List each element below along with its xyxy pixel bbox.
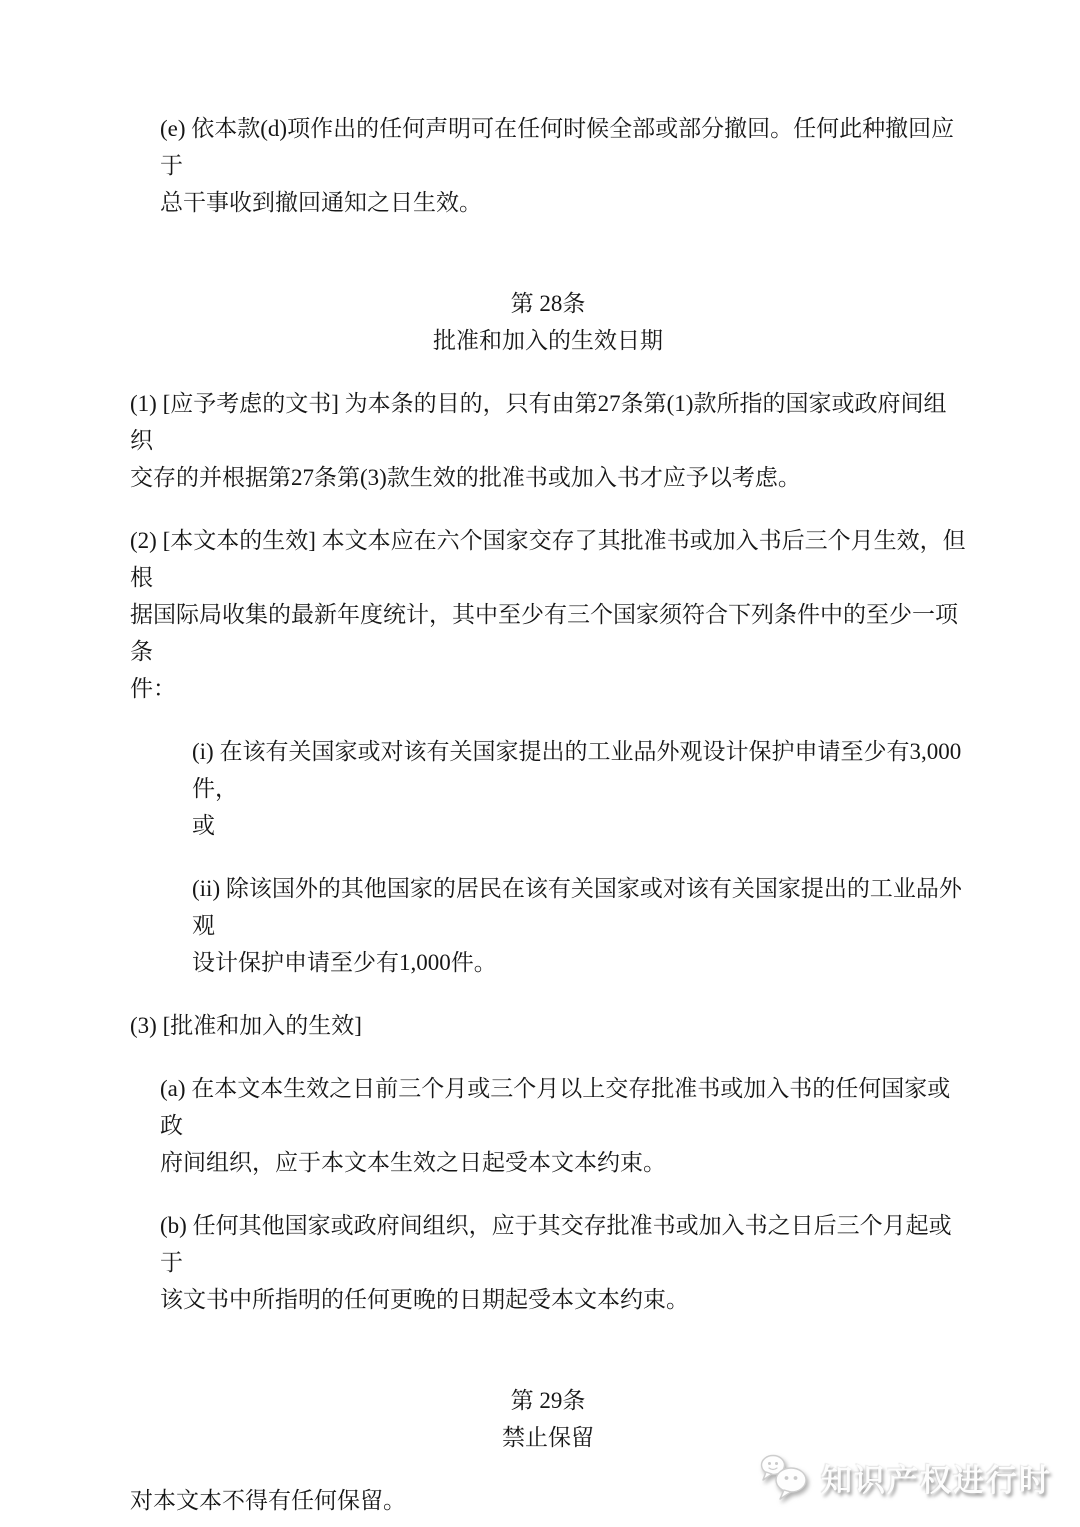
article-28-paragraph-3b: (b) 任何其他国家或政府间组织，应于其交存批准书或加入书之日后三个月起或于 该… bbox=[160, 1207, 966, 1318]
article-28-item-ii: (ii) 除该国外的其他国家的居民在该有关国家或对该有关国家提出的工业品外观 设… bbox=[192, 870, 966, 981]
document-page: (e) 依本款(d)项作出的任何声明可在任何时候全部或部分撤回。任何此种撤回应于… bbox=[0, 0, 1080, 1527]
wechat-icon bbox=[759, 1453, 811, 1501]
article-28-subtitle: 批准和加入的生效日期 bbox=[130, 322, 966, 359]
watermark-label: 知识产权进行时 bbox=[821, 1455, 1052, 1500]
paragraph-e: (e) 依本款(d)项作出的任何声明可在任何时候全部或部分撤回。任何此种撤回应于… bbox=[160, 110, 966, 221]
watermark: 知识产权进行时 bbox=[759, 1453, 1052, 1501]
article-28-title: 第 28条 bbox=[130, 285, 966, 322]
article-28-paragraph-3: (3) [批准和加入的生效] bbox=[130, 1007, 966, 1044]
article-29-title: 第 29条 bbox=[130, 1382, 966, 1419]
article-28-paragraph-1: (1) [应予考虑的文书] 为本条的目的，只有由第27条第(1)款所指的国家或政… bbox=[130, 385, 966, 496]
document-body: (e) 依本款(d)项作出的任何声明可在任何时候全部或部分撤回。任何此种撤回应于… bbox=[130, 0, 966, 1519]
article-28-paragraph-2: (2) [本文本的生效] 本文本应在六个国家交存了其批准书或加入书后三个月生效，… bbox=[130, 522, 966, 707]
article-28-item-i: (i) 在该有关国家或对该有关国家提出的工业品外观设计保护申请至少有3,000件… bbox=[192, 733, 966, 844]
article-28-paragraph-3a: (a) 在本文本生效之日前三个月或三个月以上交存批准书或加入书的任何国家或政 府… bbox=[160, 1070, 966, 1181]
article-29-subtitle: 禁止保留 bbox=[130, 1419, 966, 1456]
